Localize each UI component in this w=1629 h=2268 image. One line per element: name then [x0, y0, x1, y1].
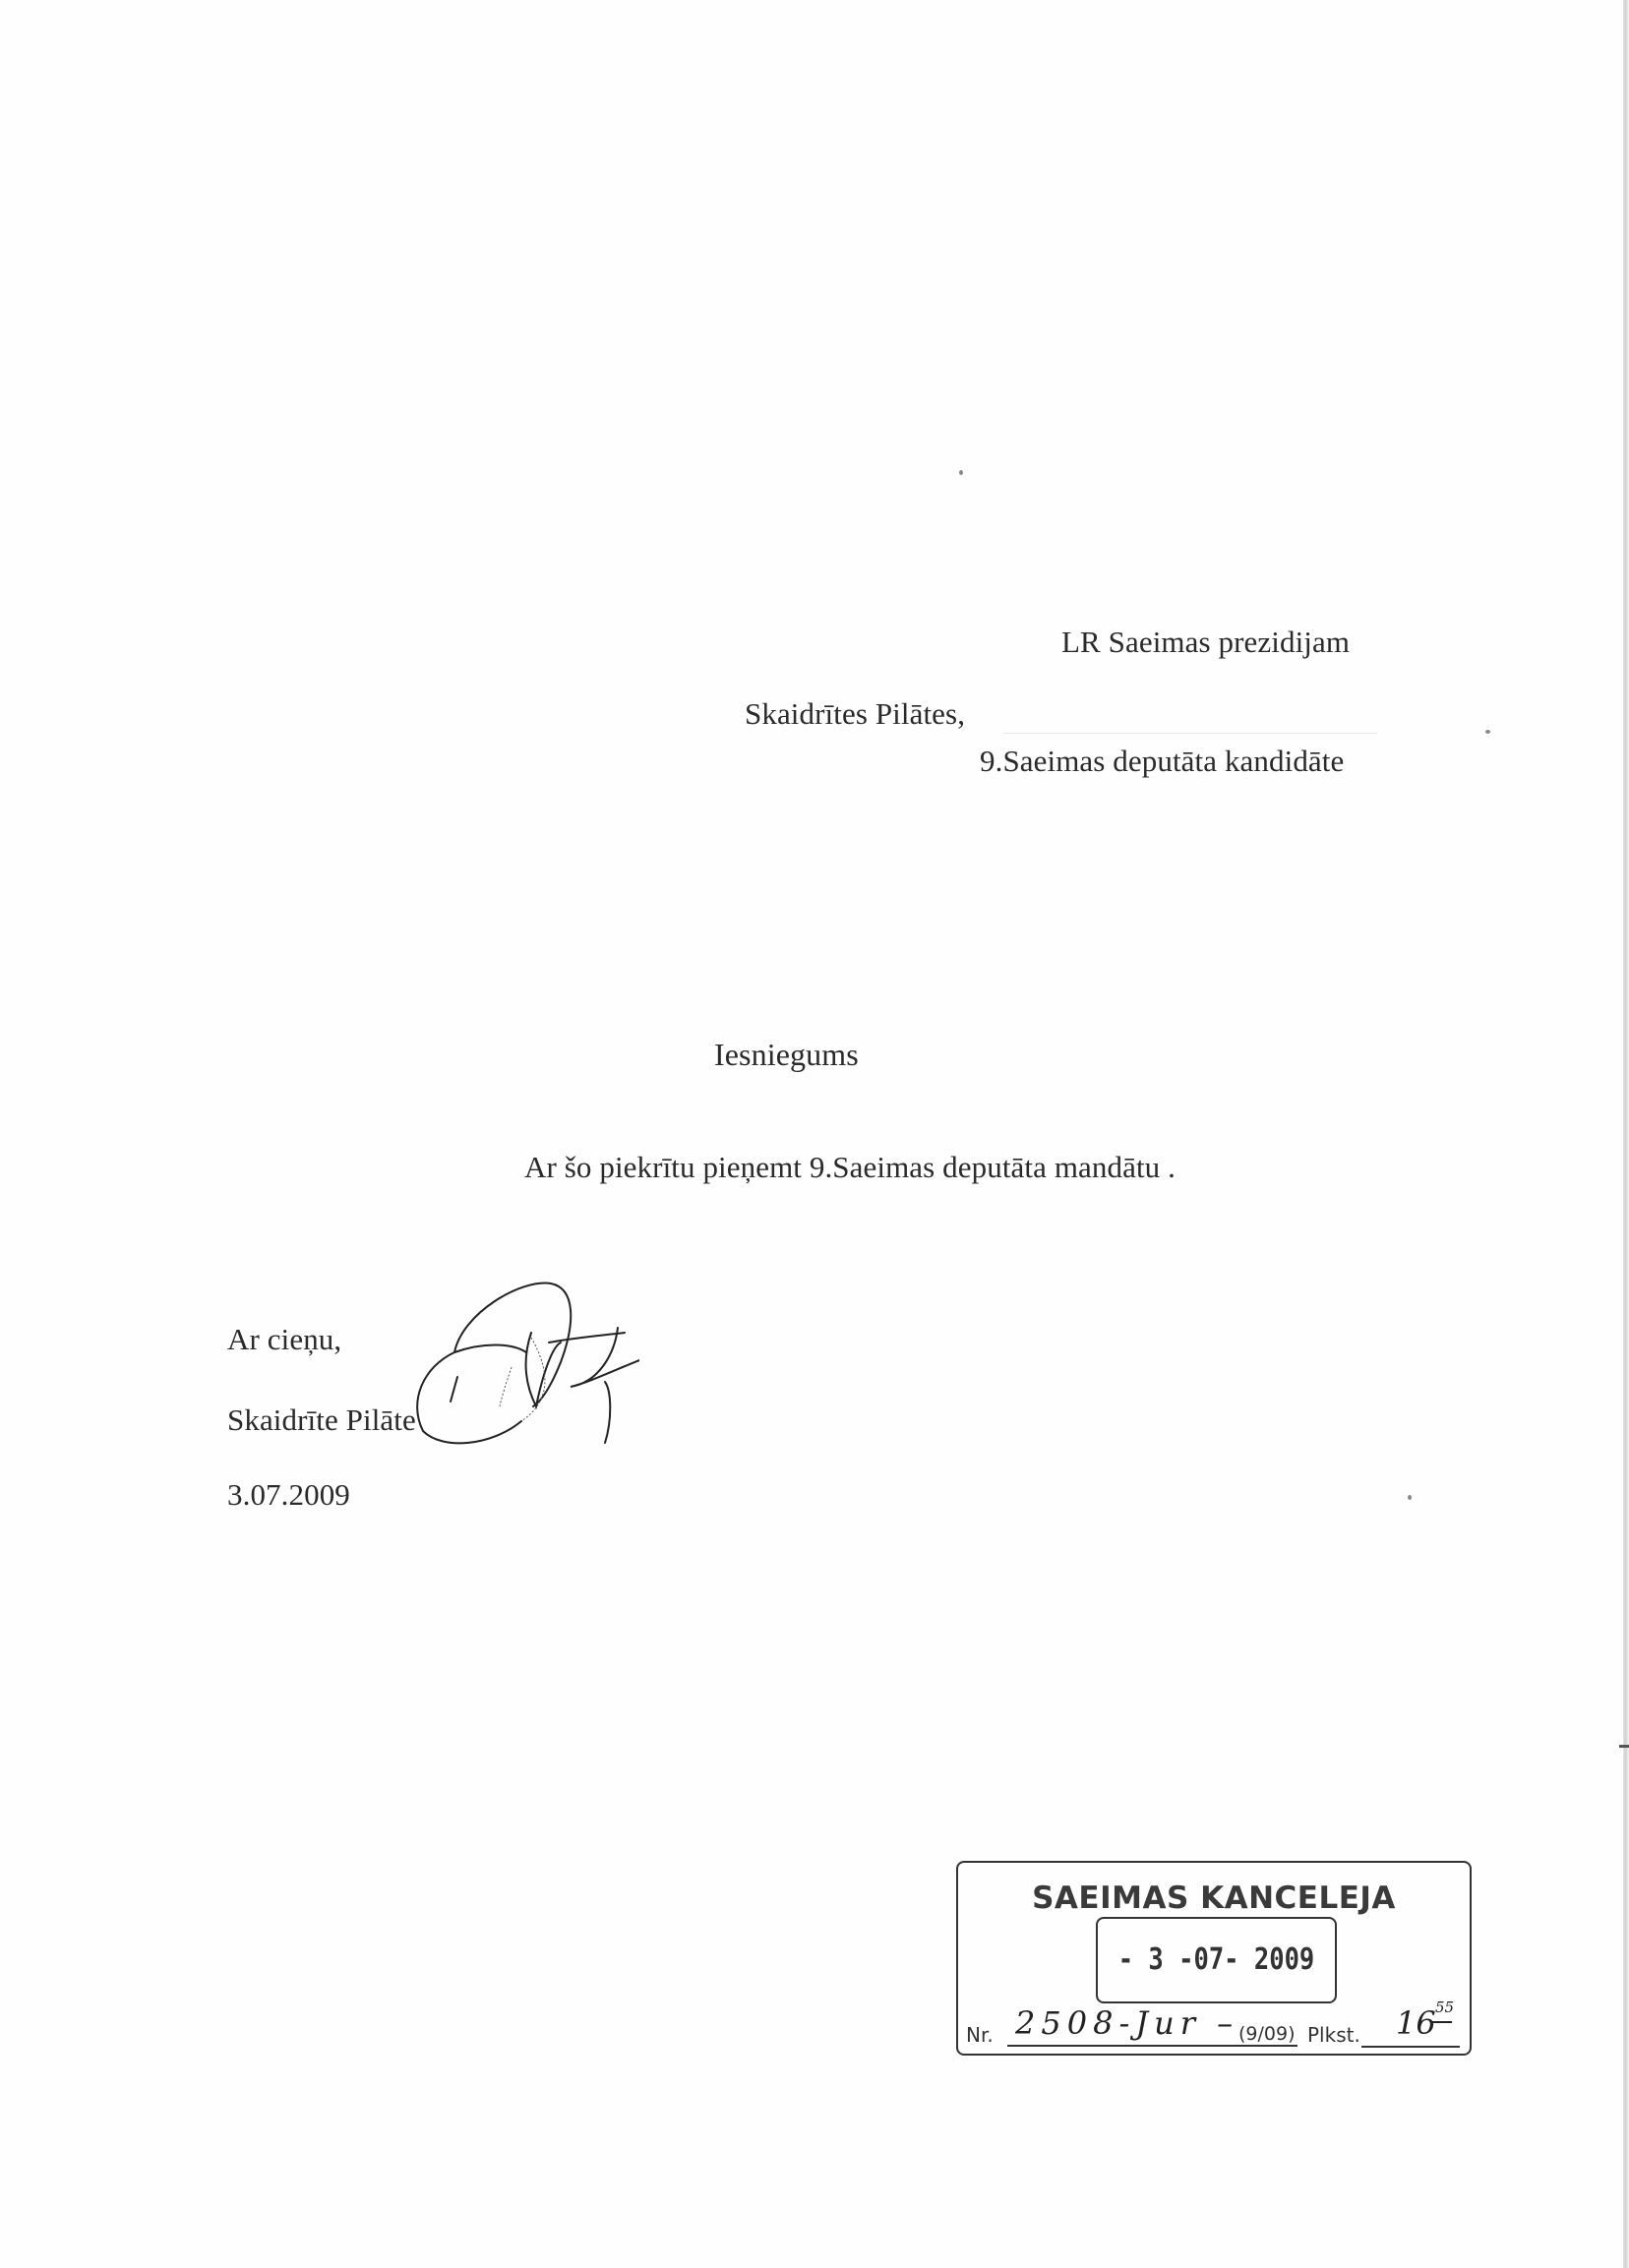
stamp-nr-underline	[1007, 2045, 1297, 2047]
document-body: Ar šo piekrītu pieņemt 9.Saeimas deputāt…	[524, 1152, 1176, 1182]
stamp-nr-value: 2508-Jur	[1015, 2004, 1201, 2042]
edge-mark	[1619, 1745, 1629, 1748]
scan-speck	[959, 470, 963, 475]
addressee: LR Saeimas prezidijam	[1061, 627, 1350, 657]
signer-name: Skaidrīte Pilāte	[227, 1404, 416, 1435]
sender-role: 9.Saeimas deputāta kandidāte	[980, 746, 1344, 776]
sender-name: Skaidrītes Pilātes,	[745, 698, 965, 729]
stamp-time-label: Plkst.	[1307, 2023, 1360, 2047]
registry-stamp: SAEIMAS KANCELEJA - 3 -07- 2009 Nr. 2508…	[956, 1861, 1472, 2056]
scan-speck	[1408, 1495, 1412, 1500]
stamp-nr-label: Nr.	[966, 2023, 994, 2047]
stamp-nr-dash: –	[1217, 2004, 1238, 2042]
stamp-date-box: - 3 -07- 2009	[1096, 1917, 1337, 2003]
closing: Ar cieņu,	[227, 1324, 341, 1354]
signature	[403, 1274, 639, 1451]
stamp-time-hour: 16	[1396, 2004, 1436, 2042]
faint-rule	[1003, 733, 1377, 734]
document-title: Iesniegums	[714, 1039, 859, 1070]
stamp-registration-number: 2508-Jur –	[1015, 2004, 1238, 2042]
stamp-nr-suffix: (9/09)	[1238, 2023, 1296, 2045]
scan-speck	[1485, 730, 1490, 734]
document-page: LR Saeimas prezidijam Skaidrītes Pilātes…	[0, 0, 1629, 2268]
stamp-date: - 3 -07- 2009	[1116, 1942, 1317, 1977]
stamp-title: SAEIMAS KANCELEJA	[958, 1880, 1470, 1916]
page-edge	[1623, 0, 1629, 2268]
stamp-time-minutes: 55	[1435, 1999, 1454, 2016]
stamp-time-minutes-underline	[1432, 2021, 1452, 2023]
document-date: 3.07.2009	[227, 1479, 350, 1510]
stamp-time-underline	[1361, 2046, 1460, 2048]
